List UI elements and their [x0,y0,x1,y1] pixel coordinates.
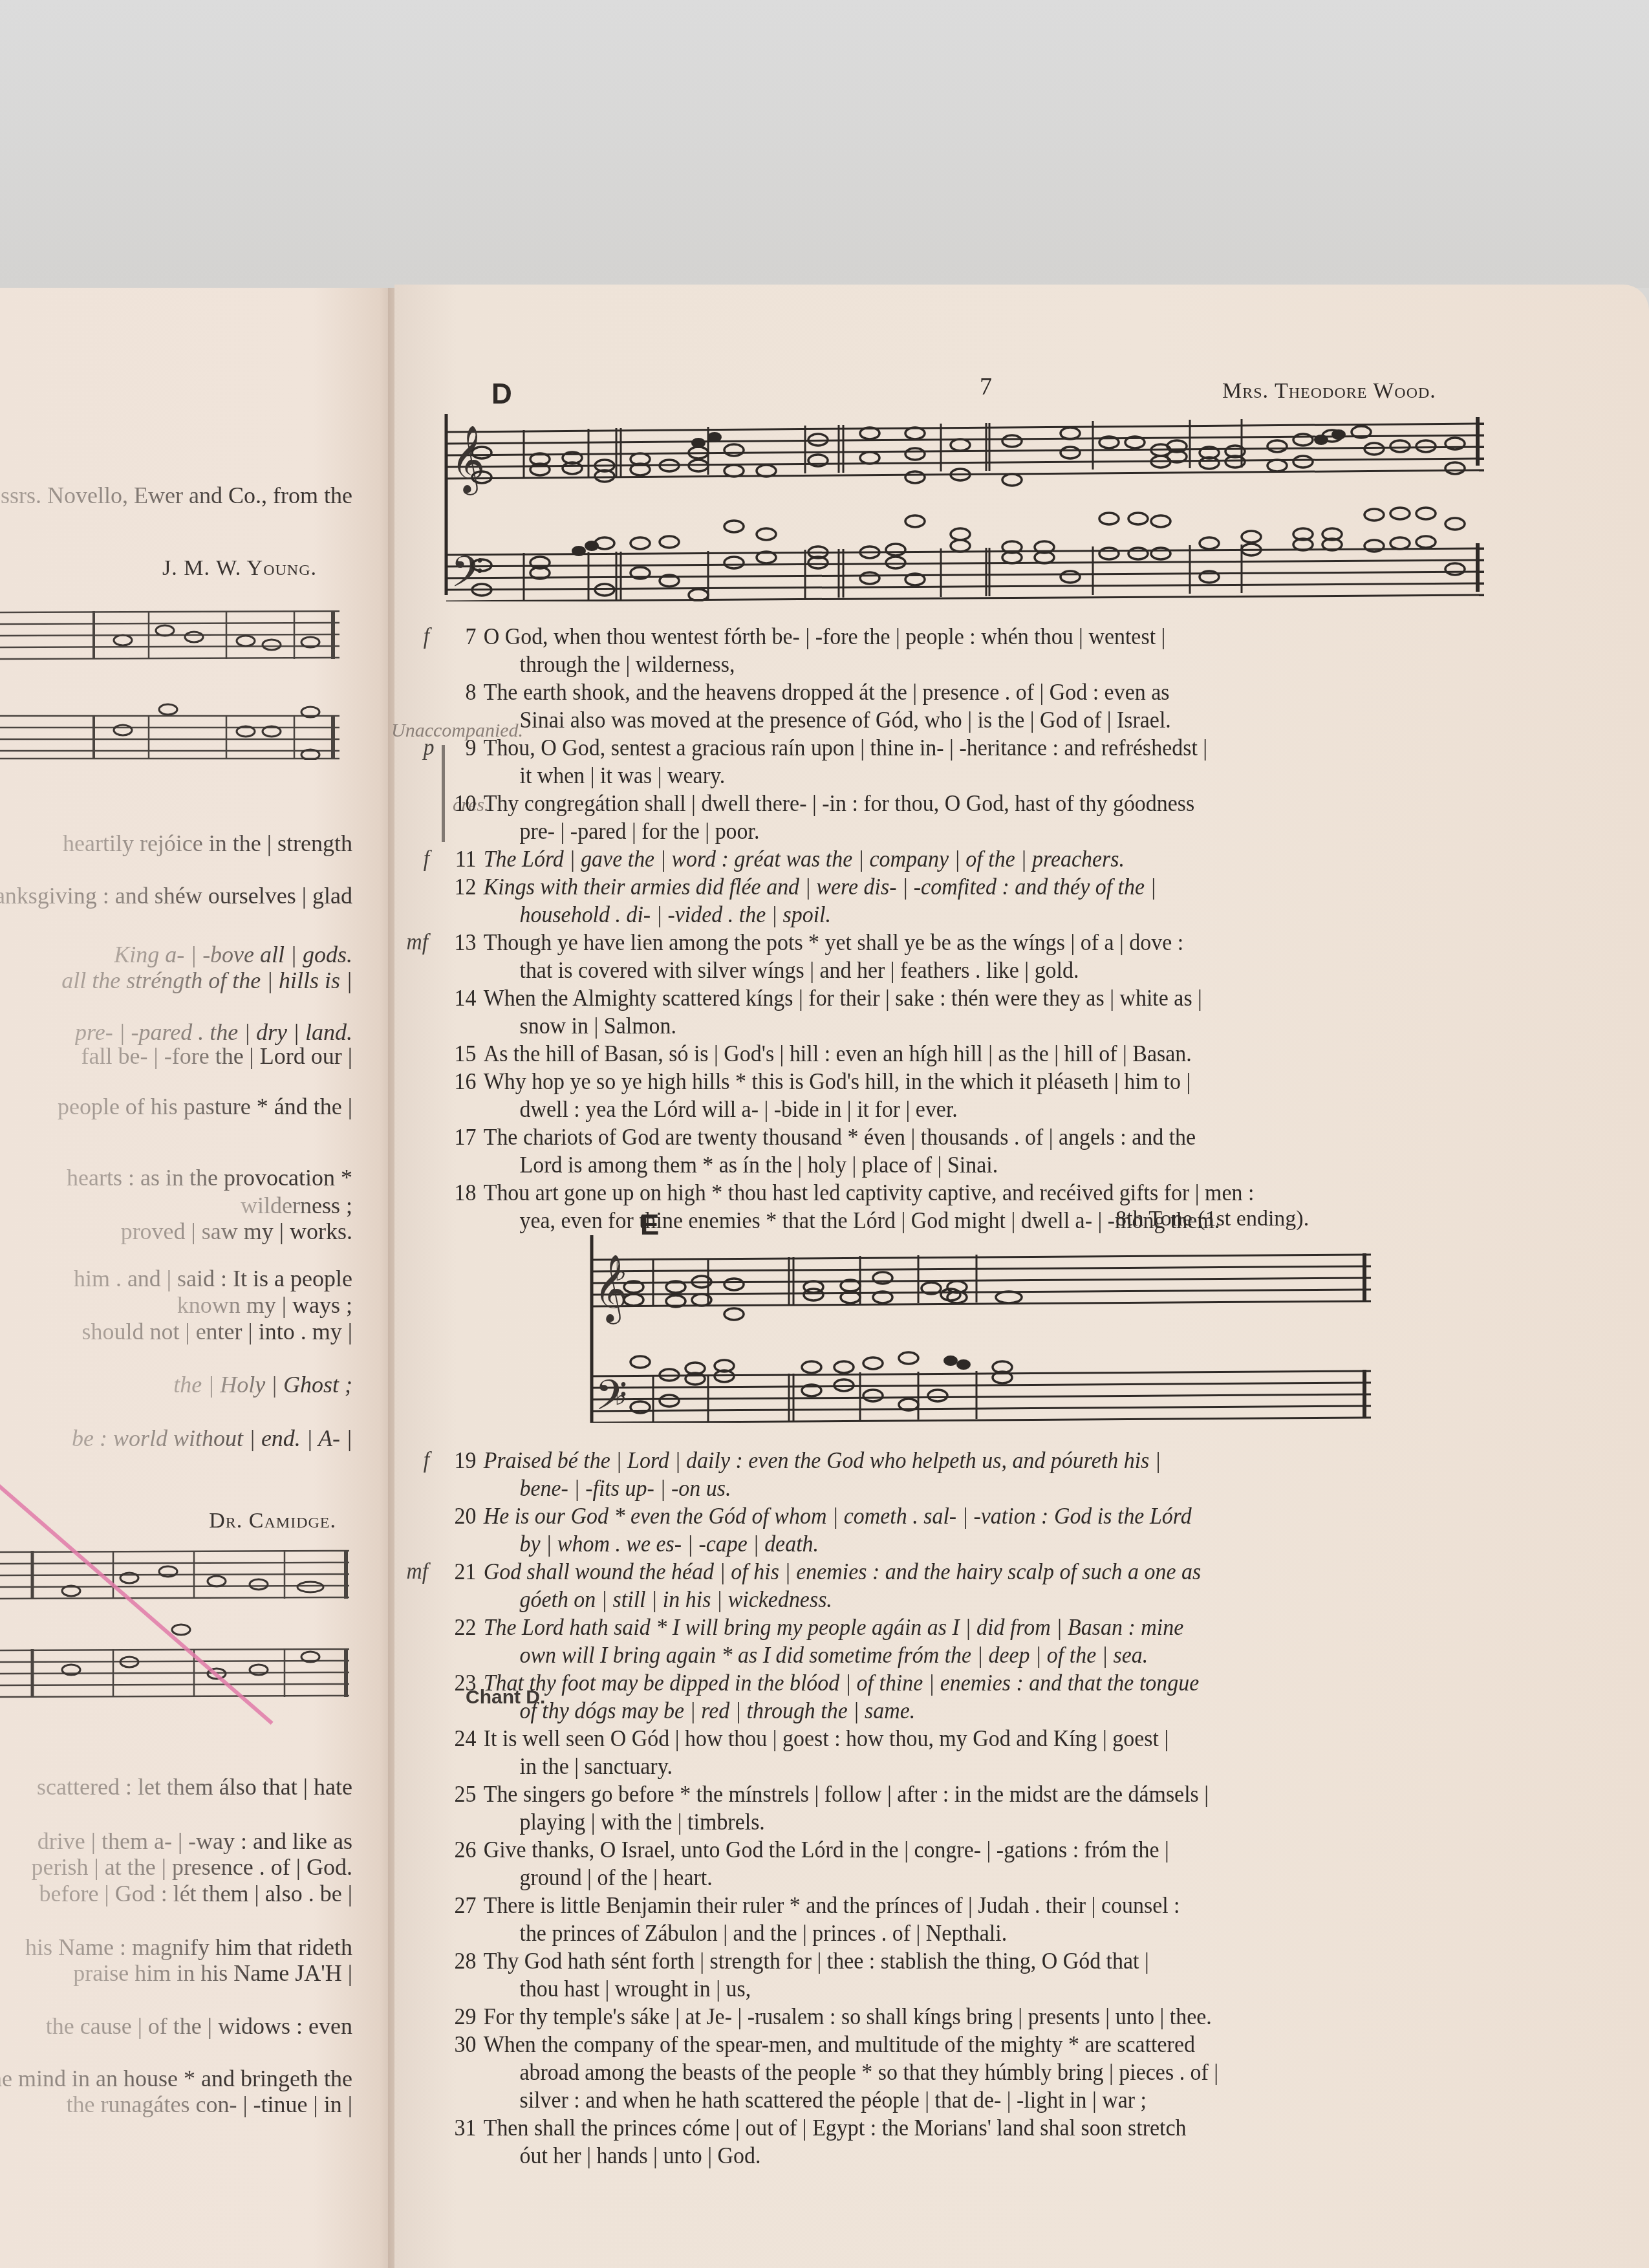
verse-number: 8 [446,678,477,706]
verse-line: Praised bé the | Lord | daily : even the… [484,1447,1161,1473]
verse-29: 29For thy temple's sáke | at Je- | -rusa… [446,2002,1523,2030]
verse-line: When the company of the spear-men, and m… [484,2031,1195,2057]
verse-line: in the | sanctuary. [446,1752,1523,1780]
page-number: 7 [980,373,992,401]
scanner-background [0,0,1649,288]
chant-d-score: 𝄞 𝄢 [443,407,1491,601]
verse-14: 14When the Almighty scattered kíngs | fo… [446,984,1523,1039]
tone-label: 8th Tone (1st ending). [1115,1207,1309,1231]
verse-line: góeth on | still | in his | wickedness. [446,1585,1523,1613]
verse-line: yea, even for thine enemies * that the L… [446,1206,1523,1234]
verse-line: When the Almighty scattered kíngs | for … [484,984,1202,1011]
verse-line: The earth shook, and the heavens dropped… [484,678,1170,705]
verse-number: 23 [446,1669,477,1696]
left-chant-score-top [0,605,362,760]
verse-line: household . di- | -vided . the | spoil. [446,900,1523,928]
verse-number: 10 [446,789,477,817]
dynamic-mark: f [424,845,429,872]
dynamic-mark: mf [407,1557,428,1585]
verse-line: óut her | hands | unto | God. [446,2141,1523,2169]
verse-17: 17The chariots of God are twenty thousan… [446,1123,1523,1178]
left-line: his Name : magnify him that rideth [25,1934,352,1961]
verse-line: O God, when thou wentest fórth be- | -fo… [484,623,1166,649]
verse-number: 9 [446,733,477,761]
publisher-line: Messrs. Novello, Ewer and Co., from the [0,482,352,509]
verse-line: Then shall the princes cóme | out of | E… [484,2114,1187,2141]
verse-line: Thou, O God, sentest a gracious raín upo… [484,734,1208,761]
verse-line: thou hast | wrought in | us, [446,1974,1523,2002]
dynamic-mark: f [424,1446,429,1474]
verse-line: Sinai also was moved at the presence of … [446,706,1523,733]
left-line: all the stréngth of the | hills is | [61,967,352,994]
verse-line: it when | it was | weary. [446,761,1523,789]
verse-line: silver : and when he hath scattered the … [446,2086,1523,2113]
verse-number: 27 [446,1891,477,1919]
svg-text:𝄞: 𝄞 [451,425,485,495]
verse-number: 7 [446,622,477,650]
left-line: proved | saw my | works. [121,1218,352,1245]
verse-line: playing | with the | timbrels. [446,1808,1523,1835]
left-line: scattered : let them álso that | hate [37,1773,352,1800]
left-chant-score-bottom [0,1546,362,1701]
left-line: fall be- | -fore the | Lord our | [81,1042,352,1070]
verse-30: 30When the company of the spear-men, and… [446,2030,1523,2113]
verse-line: pre- | -pared | for the | poor. [446,817,1523,845]
verse-21: mf 21God shall wound the héad | of his |… [446,1557,1523,1613]
verse-number: 15 [446,1039,477,1067]
verse-line: Lord is among them * as ín the | holy | … [446,1150,1523,1178]
left-line: to be of one mind in an house * and brin… [0,2065,352,2092]
left-line: praise him in his Name JA'H | [73,1960,352,1987]
verse-line: Though ye have lien among the pots * yet… [484,929,1184,955]
verse-number: 24 [446,1724,477,1752]
psalm-verses-part1: f 7O God, when thou wentest fórth be- | … [446,622,1520,1234]
verse-number: 12 [446,872,477,900]
verse-26: 26Give thanks, O Israel, unto God the Ló… [446,1835,1523,1891]
left-line: should not | enter | into . my | [81,1318,352,1345]
verse-line: dwell : yea the Lórd will a- | -bide in … [446,1095,1523,1123]
verse-number: 30 [446,2030,477,2058]
left-line: drive | them a- | -way : and like as [38,1828,352,1855]
verse-line: The Lord hath said * I will bring my peo… [484,1614,1184,1640]
verse-line: The Lórd | gave the | word : gréat was t… [484,845,1125,872]
dynamic-mark: f [424,622,429,650]
verse-number: 25 [446,1780,477,1808]
verse-line: For thy temple's sáke | at Je- | -rusale… [484,2003,1212,2029]
verse-line: Thy congregátion shall | dwell there- | … [484,790,1195,816]
composer-camidge: Dr. Camidge. [209,1509,336,1533]
verse-number: 14 [446,984,477,1011]
verse-18: 18Thou art gone up on high * thou hast l… [446,1178,1523,1234]
verse-31: 31Then shall the princes cóme | out of |… [446,2113,1523,2169]
left-line: the | Holy | Ghost ; [173,1371,352,1398]
verse-line: Thou art gone up on high * thou hast led… [484,1179,1255,1205]
left-line: the cause | of the | widows : even [46,2013,352,2040]
composer-young: J. M. W. Young. [162,556,317,581]
margin-bracket [442,745,445,842]
dynamic-mark: p [424,733,435,761]
dynamic-mark: mf [407,928,428,956]
svg-text:𝄢: 𝄢 [451,547,484,601]
verse-11: f 11The Lórd | gave the | word : gréat w… [446,845,1523,872]
verse-number: 28 [446,1947,477,1974]
verse-number: 19 [446,1446,477,1474]
psalm-verses-part2: f 19Praised bé the | Lord | daily : even… [446,1446,1520,2169]
left-line: pre- | -pared . the | dry | land. [75,1019,352,1046]
left-page: Messrs. Novello, Ewer and Co., from the … [0,288,391,2268]
left-line: be : world without | end. | A- | [72,1425,352,1452]
left-line: wilderness ; [241,1192,352,1219]
verse-7: f 7O God, when thou wentest fórth be- | … [446,622,1523,678]
left-line: the runagátes con- | -tinue | in | [67,2091,352,2118]
left-line: known my | ways ; [177,1291,352,1319]
verse-line: Why hop ye so ye high hills * this is Go… [484,1068,1191,1094]
svg-text:♭: ♭ [614,1381,627,1411]
left-line: before | God : lét them | also . be | [39,1880,353,1907]
verse-line: The singers go before * the mínstrels | … [484,1780,1209,1807]
verse-line: The chariots of God are twenty thousand … [484,1123,1196,1150]
verse-16: 16Why hop ye so ye high hills * this is … [446,1067,1523,1123]
verse-15: 15As the hill of Basan, só is | God's | … [446,1039,1523,1067]
verse-line: ground | of the | heart. [446,1863,1523,1891]
left-line: King a- | -bove all | gods. [114,941,352,968]
verse-line: through the | wilderness, [446,650,1523,678]
left-line: him . and | said : It is a people [74,1265,352,1292]
verse-line: abroad among the beasts of the people * … [446,2058,1523,2086]
left-line: people of his pasture * ánd the | [58,1093,352,1120]
verse-number: 21 [446,1557,477,1585]
chant-d-label: D [491,378,512,411]
left-line: hearts : as in the provocation * [67,1164,352,1191]
verse-number: 17 [446,1123,477,1150]
verse-line: There is little Benjamin their ruler * a… [484,1892,1180,1918]
verse-9: p 9Thou, O God, sentest a gracious raín … [446,733,1523,789]
verse-number: 26 [446,1835,477,1863]
verse-12: 12Kings with their armies did flée and |… [446,872,1523,928]
svg-text:♭: ♭ [614,1257,627,1287]
verse-line: bene- | -fits up- | -on us. [446,1474,1523,1502]
verse-line: It is well seen O Gód | how thou | goest… [484,1725,1169,1751]
verse-line: He is our God * even the Gód of whom | c… [484,1502,1192,1529]
verse-27: 27There is little Benjamin their ruler *… [446,1891,1523,1947]
verse-line: As the hill of Basan, só is | God's | hi… [484,1040,1192,1066]
verse-line: God shall wound the héad | of his | enem… [484,1558,1202,1584]
verse-number: 13 [446,928,477,956]
verse-number: 11 [446,845,477,872]
verse-line: Thy God hath sént forth | strength for |… [484,1947,1149,1974]
verse-line: own will I bring again * as I did someti… [446,1641,1523,1669]
verse-number: 22 [446,1613,477,1641]
verse-line: the princes of Zábulon | and the | princ… [446,1919,1523,1947]
chant-e-score: 𝄞 𝄢 ♭ ♭ [588,1235,1377,1423]
verse-line: snow in | Salmon. [446,1011,1523,1039]
verse-line: That thy foot may be dipped in the blóod… [484,1669,1200,1696]
composer-wood: Mrs. Theodore Wood. [1222,379,1436,404]
verse-22: 22The Lord hath said * I will bring my p… [446,1613,1523,1669]
left-line: perish | at the | presence . of | God. [32,1853,352,1881]
verse-line: of thy dógs may be | red | through the |… [446,1696,1523,1724]
verse-25: 25The singers go before * the mínstrels … [446,1780,1523,1835]
verse-line: Kings with their armies did flée and | w… [484,873,1156,900]
verse-23: 23That thy foot may be dipped in the bló… [446,1669,1523,1724]
verse-number: 20 [446,1502,477,1529]
verse-line: Give thanks, O Israel, unto God the Lórd… [484,1836,1169,1863]
verse-19: f 19Praised bé the | Lord | daily : even… [446,1446,1523,1502]
verse-number: 31 [446,2113,477,2141]
verse-number: 16 [446,1067,477,1095]
verse-10: 10Thy congregátion shall | dwell there- … [446,789,1523,845]
left-line: thanksgiving : and shéw ourselves | glad [0,882,352,909]
verse-number: 29 [446,2002,477,2030]
verse-line: that is covered with silver wíngs | and … [446,956,1523,984]
verse-13: mf 13Though ye have lien among the pots … [446,928,1523,984]
verse-line: by | whom . we es- | -cape | death. [446,1529,1523,1557]
verse-28: 28Thy God hath sént forth | strength for… [446,1947,1523,2002]
left-line: heartily rejóice in the | strength [63,830,352,857]
verse-24: 24It is well seen O Gód | how thou | goe… [446,1724,1523,1780]
verse-8: 8The earth shook, and the heavens droppe… [446,678,1523,733]
verse-number: 18 [446,1178,477,1206]
verse-20: 20He is our God * even the Gód of whom |… [446,1502,1523,1557]
